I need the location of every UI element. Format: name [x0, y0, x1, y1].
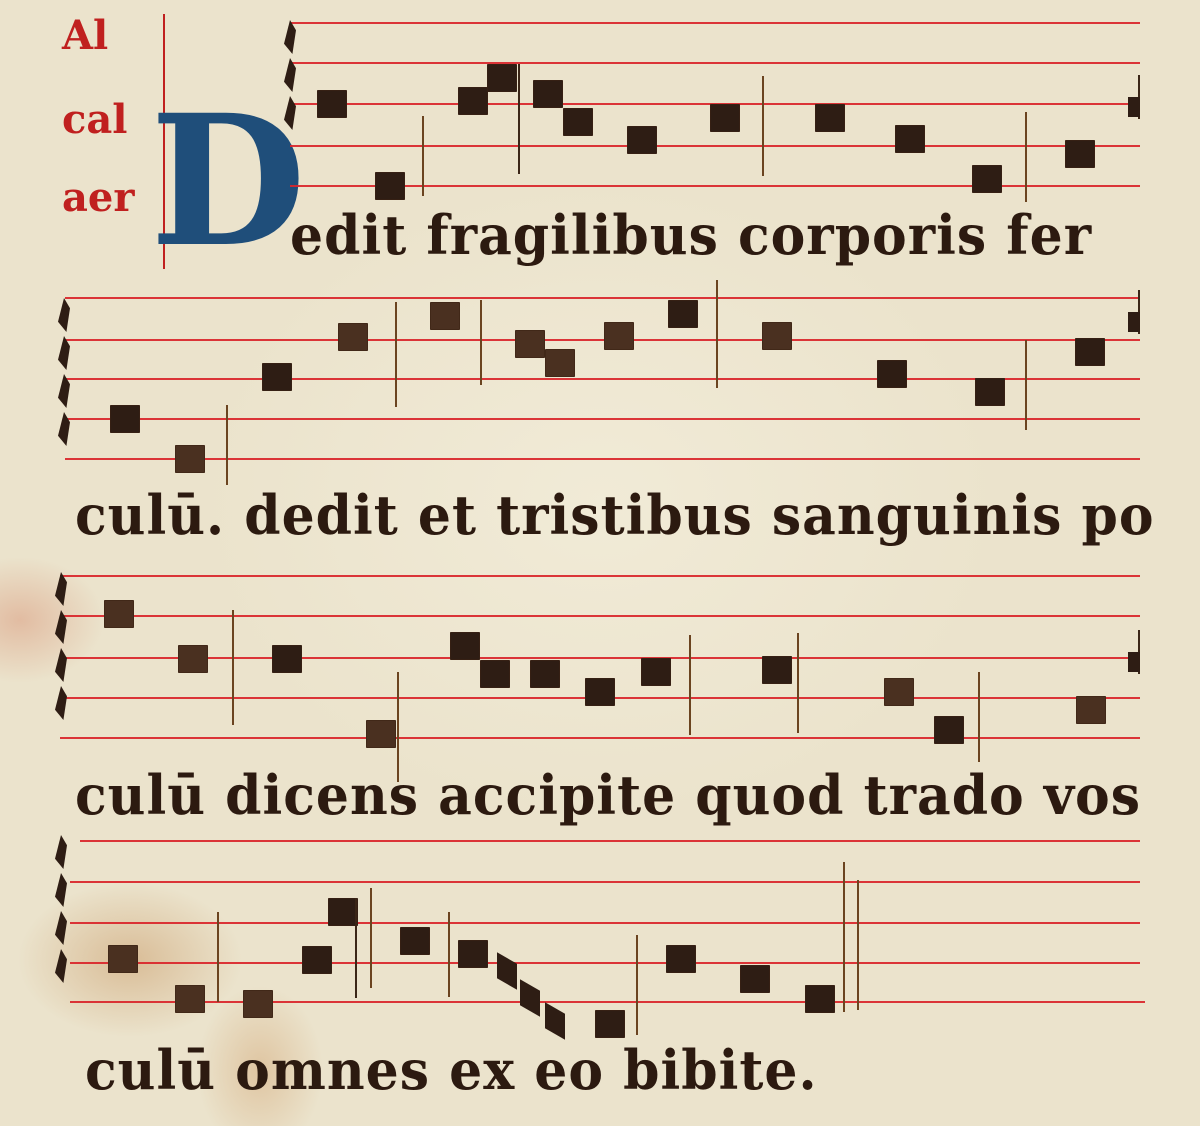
note [710, 104, 740, 132]
lyric-line-3: culū dicens accipite quod trado vos [75, 763, 1141, 827]
division-bar [226, 405, 228, 485]
note [458, 87, 488, 115]
note [317, 90, 347, 118]
note [740, 965, 770, 993]
rhombus-note [545, 1002, 565, 1040]
lyric-line-1: edit fragilibus corporis fer [290, 203, 1092, 267]
note [175, 445, 205, 473]
note [450, 632, 480, 660]
note [877, 360, 907, 388]
note [272, 645, 302, 673]
division-bar [232, 610, 234, 725]
note [641, 658, 671, 686]
custos-icon [1128, 630, 1142, 674]
note [110, 405, 140, 433]
note [302, 946, 332, 974]
note [515, 330, 545, 358]
c-clef-icon [55, 835, 69, 987]
note [595, 1010, 625, 1038]
lyric-line-4: culū omnes ex eo bibite. [85, 1038, 818, 1102]
note [366, 720, 396, 748]
rubric-label-1: Al [62, 16, 108, 56]
note [972, 165, 1002, 193]
note [884, 678, 914, 706]
division-bar [636, 935, 638, 1035]
note [1065, 140, 1095, 168]
note [934, 716, 964, 744]
division-bar [1025, 340, 1027, 430]
note [762, 322, 792, 350]
note [563, 108, 593, 136]
division-bar [762, 76, 764, 176]
note [375, 172, 405, 200]
note [1076, 696, 1106, 724]
division-bar [689, 635, 691, 735]
manuscript-page: Al cal aer D edit fragilibus corporis fe… [0, 0, 1200, 1126]
division-bar [448, 912, 450, 997]
note [530, 660, 560, 688]
division-bar [978, 672, 980, 762]
note [487, 64, 517, 92]
note [175, 985, 205, 1013]
note [666, 945, 696, 973]
division-bar [217, 912, 219, 1002]
note [108, 945, 138, 973]
note [545, 349, 575, 377]
note [430, 302, 460, 330]
note [262, 363, 292, 391]
note [604, 322, 634, 350]
division-bar [422, 116, 424, 196]
note [533, 80, 563, 108]
note [400, 927, 430, 955]
double-bar [843, 862, 845, 1012]
note [243, 990, 273, 1018]
note [104, 600, 134, 628]
note [668, 300, 698, 328]
lyric-line-2: culū. dedit et tristibus sanguinis po [75, 483, 1155, 547]
note [815, 104, 845, 132]
note [627, 126, 657, 154]
note [762, 656, 792, 684]
note [328, 898, 358, 926]
note [338, 323, 368, 351]
division-bar [797, 633, 799, 733]
note [480, 660, 510, 688]
note [585, 678, 615, 706]
division-bar [716, 280, 718, 388]
note [178, 645, 208, 673]
decorated-initial-d: D [150, 92, 270, 272]
division-bar [395, 302, 397, 407]
note [975, 378, 1005, 406]
rhombus-note [497, 952, 517, 990]
c-clef-icon [55, 572, 69, 724]
c-clef-icon [58, 298, 72, 450]
rubric-label-2: cal [62, 100, 127, 140]
double-bar [857, 880, 859, 1010]
note [805, 985, 835, 1013]
division-bar [480, 300, 482, 385]
custos-icon [1128, 290, 1142, 334]
division-bar [1025, 112, 1027, 202]
division-bar [370, 888, 372, 988]
custos-icon [1128, 75, 1142, 119]
note [1075, 338, 1105, 366]
rhombus-note [520, 979, 540, 1017]
note [458, 940, 488, 968]
rubric-label-3: aer [62, 178, 134, 218]
c-clef-icon [284, 20, 298, 134]
note [895, 125, 925, 153]
